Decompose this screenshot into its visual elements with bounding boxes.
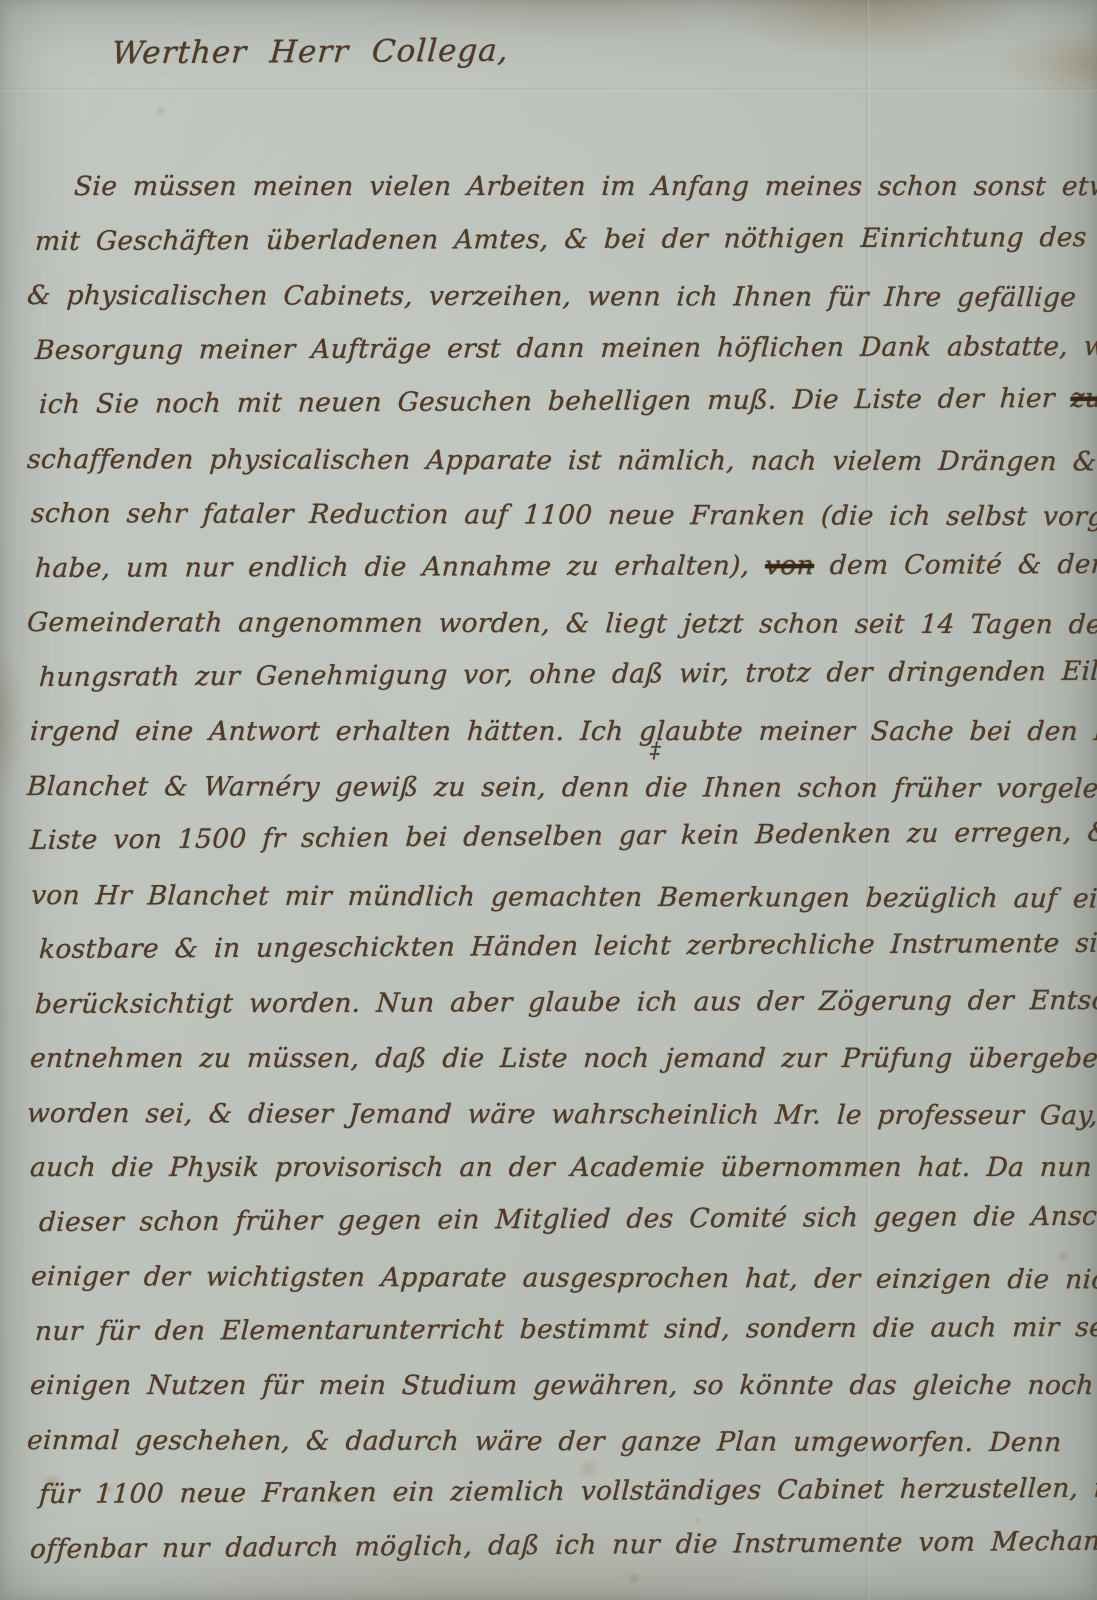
handwriting-line: entnehmen zu müssen, daß die Liste noch … [29,1032,1097,1087]
struck-word: zu [1070,383,1097,414]
handwriting-line: schon sehr fataler Reduction auf 1100 ne… [29,487,1097,546]
struck-word: von [764,550,814,581]
handwriting-line: einigen Nutzen für mein Studium gewähren… [29,1359,1097,1414]
handwriting-line: für 1100 neue Franken ein ziemlich volls… [38,1460,1097,1522]
handwriting-line: habe, um nur endlich die Annahme zu erha… [34,537,1097,596]
handwriting-line: einiger der wichtigsten Apparate ausgesp… [29,1250,1097,1309]
handwriting-line: dieser schon früher gegen ein Mitglied d… [38,1188,1097,1250]
handwriting-line: Liste von 1500 fr schien bei denselben g… [29,804,1097,869]
handwriting-line: mit Geschäften überladenen Amtes, & bei … [34,210,1097,269]
handwriting-line: & physicalischen Cabinets, verzeihen, we… [26,269,1097,326]
handwriting-line: Besorgung meiner Aufträge erst dann mein… [34,319,1097,378]
handwriting-line: Gemeinderath angenommen worden, & liegt … [26,596,1097,653]
foxing-spot [155,106,166,116]
letter-lines: Sie müssen meinen vielen Arbeiten im Anf… [30,160,1097,1577]
handwriting-line: ich Sie noch mit neuen Gesuchen behellig… [38,370,1097,432]
handwriting-line: hungsrath zur Genehmigung vor, ohne daß … [38,643,1097,705]
salutation: Werther Herr Collega, [111,33,510,72]
handwriting-line: nur für den Elementarunterricht bestimmt… [34,1300,1097,1359]
handwriting-line: irgend eine Antwort erhalten hätten. Ich… [29,705,1097,760]
handwriting-line: auch die Physik provisorisch an der Acad… [29,1141,1097,1196]
handwriting-line: offenbar nur dadurch möglich, daß ich nu… [29,1512,1097,1577]
insertion-mark: ‡ [650,738,661,762]
letter-page: Werther Herr Collega, Sie müssen meinen … [0,0,1097,1600]
handwriting-line: berücksichtigt worden. Nun aber glaube i… [34,973,1097,1032]
horizontal-fold-crease [0,88,1097,91]
handwriting-line: schaffenden physicalischen Apparate ist … [26,433,1097,490]
handwriting-line: Sie müssen meinen vielen Arbeiten im Anf… [29,160,1097,215]
handwriting-line: worden sei, & dieser Jemand wäre wahrsch… [26,1087,1097,1144]
handwriting-line: kostbare & in ungeschickten Händen leich… [38,915,1097,977]
